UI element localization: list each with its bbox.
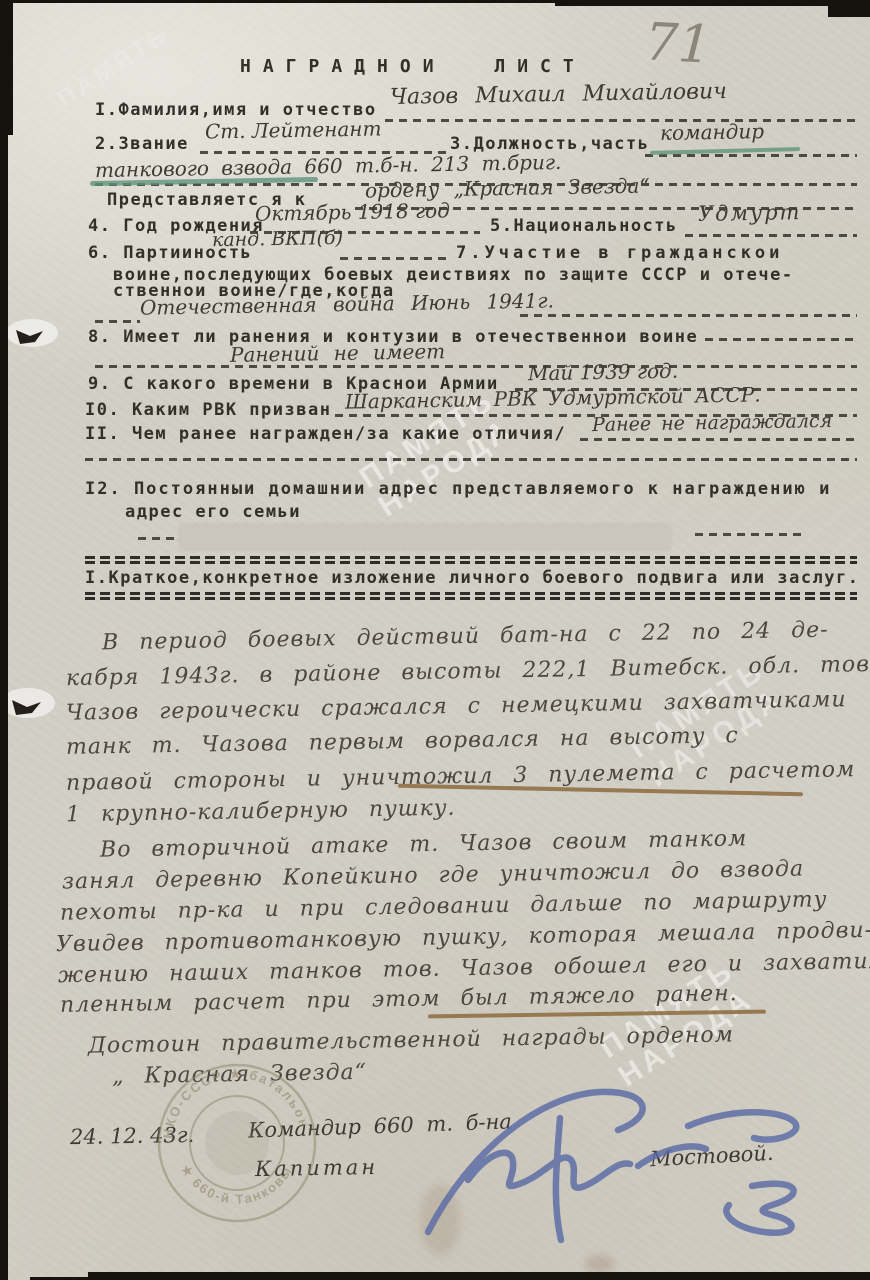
section-heading: I.Краткое,конкретное изложение личного б… [85,568,860,588]
conclusion-line: „ Красная Звезда“ [112,1060,367,1089]
dashed-line [685,234,857,237]
field-label-rank: 2.Звание [95,134,189,154]
essay-line: 1 крупно-калиберную пушку. [66,796,456,828]
scan-edge-left [0,0,8,1280]
field-value-nationality: Удмурт [698,200,802,226]
field-label-nationality: 5.Национальность [490,216,678,236]
scan-edge-bottom [88,1272,870,1280]
redacted-address-bar [180,525,670,549]
dashed-line [385,119,857,122]
page-number: 71 [643,12,712,75]
document-title: НАГРАДНОИ ЛИСТ [240,56,586,77]
paper-stain [420,1185,460,1255]
dashed-line [95,365,857,368]
signature-position: Командир 660 т. б-на [248,1109,513,1142]
dashed-line [645,154,857,157]
watermark-line1: ПАМЯТЬ [53,20,175,112]
paper-stain [585,1255,615,1273]
dashed-line [695,533,805,536]
dashed-line [705,338,857,341]
dashed-line [95,320,140,323]
divider-line [85,556,857,559]
field-label-address: I2. Постоянныи домашнии адрес представля… [85,479,831,499]
field-label-prev-awards: II. Чем ранее награжден/за какие отличия… [85,424,566,444]
dashed-line [520,314,857,317]
field-value-rank: Ст. Лейтенант [205,116,382,143]
field-value-position: командир [660,119,764,145]
essay-line: Во вторичной атаке т. Чазов своим танком [100,826,748,862]
signature-rank: Капитан [255,1155,378,1181]
field-value-birthyear: Октябрь 1918 год [255,198,450,225]
scanned-award-sheet: ПАМЯТЬНАРОДА ПАМЯТЬНАРОДА ПАМЯТЬНАРОДА П… [0,0,870,1280]
field-value-name: Чазов Михаил Михайлович [390,79,727,110]
divider-line [85,561,857,564]
signature-date: 24. 12. 43г. [70,1123,195,1149]
field-value-party: канд. ВКП(б) [212,227,343,251]
scan-edge-top-right [555,0,870,6]
dashed-line [138,537,176,540]
essay-line: В период боевых действий бат-на с 22 по … [102,618,829,656]
punch-hole-tears [1,319,58,718]
divider-line [85,592,857,595]
field-label-rvk: I0. Каким РВК призван [85,400,331,420]
divider-line [85,597,857,600]
field-value-wounds: Ранений не имеет [230,339,446,367]
signature-name: Мостовой. [649,1141,774,1171]
field-value-army-since: Май 1939 год. [528,359,678,386]
scan-corner-top-right [828,0,870,17]
dashed-line [85,458,857,461]
field-label-warservice: 7.Участие в гражданскои [456,243,783,263]
dashed-line [580,438,857,441]
field-value-prev-awards: Ранее не награждался [592,410,833,436]
dashed-line [340,257,450,260]
field-label-address-line2: адрес его семьи [125,502,301,522]
scan-edge-left-top [0,0,13,135]
